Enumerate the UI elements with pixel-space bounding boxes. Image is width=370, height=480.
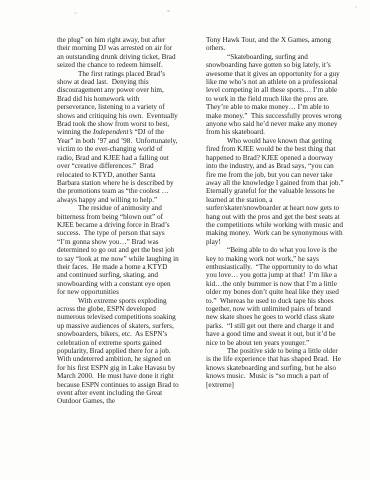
paragraph: “Skateboarding, surfing and snowboarding… xyxy=(206,53,344,137)
text-segment: “DJ of the Year” in both ’97 and ’98. Un… xyxy=(57,128,179,203)
document-page: the plug” on him right away, but after t… xyxy=(0,0,370,480)
two-column-text-body: the plug” on him right away, but after t… xyxy=(57,36,344,406)
paragraph: Who would have known that getting fired … xyxy=(206,137,344,246)
scan-artifact-speck xyxy=(74,12,77,14)
paragraph-continuation: Tony Hawk Tour, and the X Games, among o… xyxy=(206,36,344,53)
text-segment: The first ratings placed Brad’s show at … xyxy=(57,70,180,137)
paragraph: With extreme sports exploding across the… xyxy=(57,297,179,406)
scan-artifact-speck xyxy=(355,6,357,8)
paragraph: The positive side to being a little olde… xyxy=(206,347,344,389)
paragraph-continuation: the plug” on him right away, but after t… xyxy=(57,36,179,70)
publication-name-italic: Independent’s xyxy=(93,128,133,136)
right-column: Tony Hawk Tour, and the X Games, among o… xyxy=(206,36,344,406)
scan-artifact-speck xyxy=(167,10,170,12)
paragraph: The first ratings placed Brad’s show at … xyxy=(57,70,179,205)
left-column: the plug” on him right away, but after t… xyxy=(57,36,179,406)
paragraph: “Being able to do what you love is the k… xyxy=(206,246,344,347)
paragraph: The residue of animosity and bitterness … xyxy=(57,204,179,296)
